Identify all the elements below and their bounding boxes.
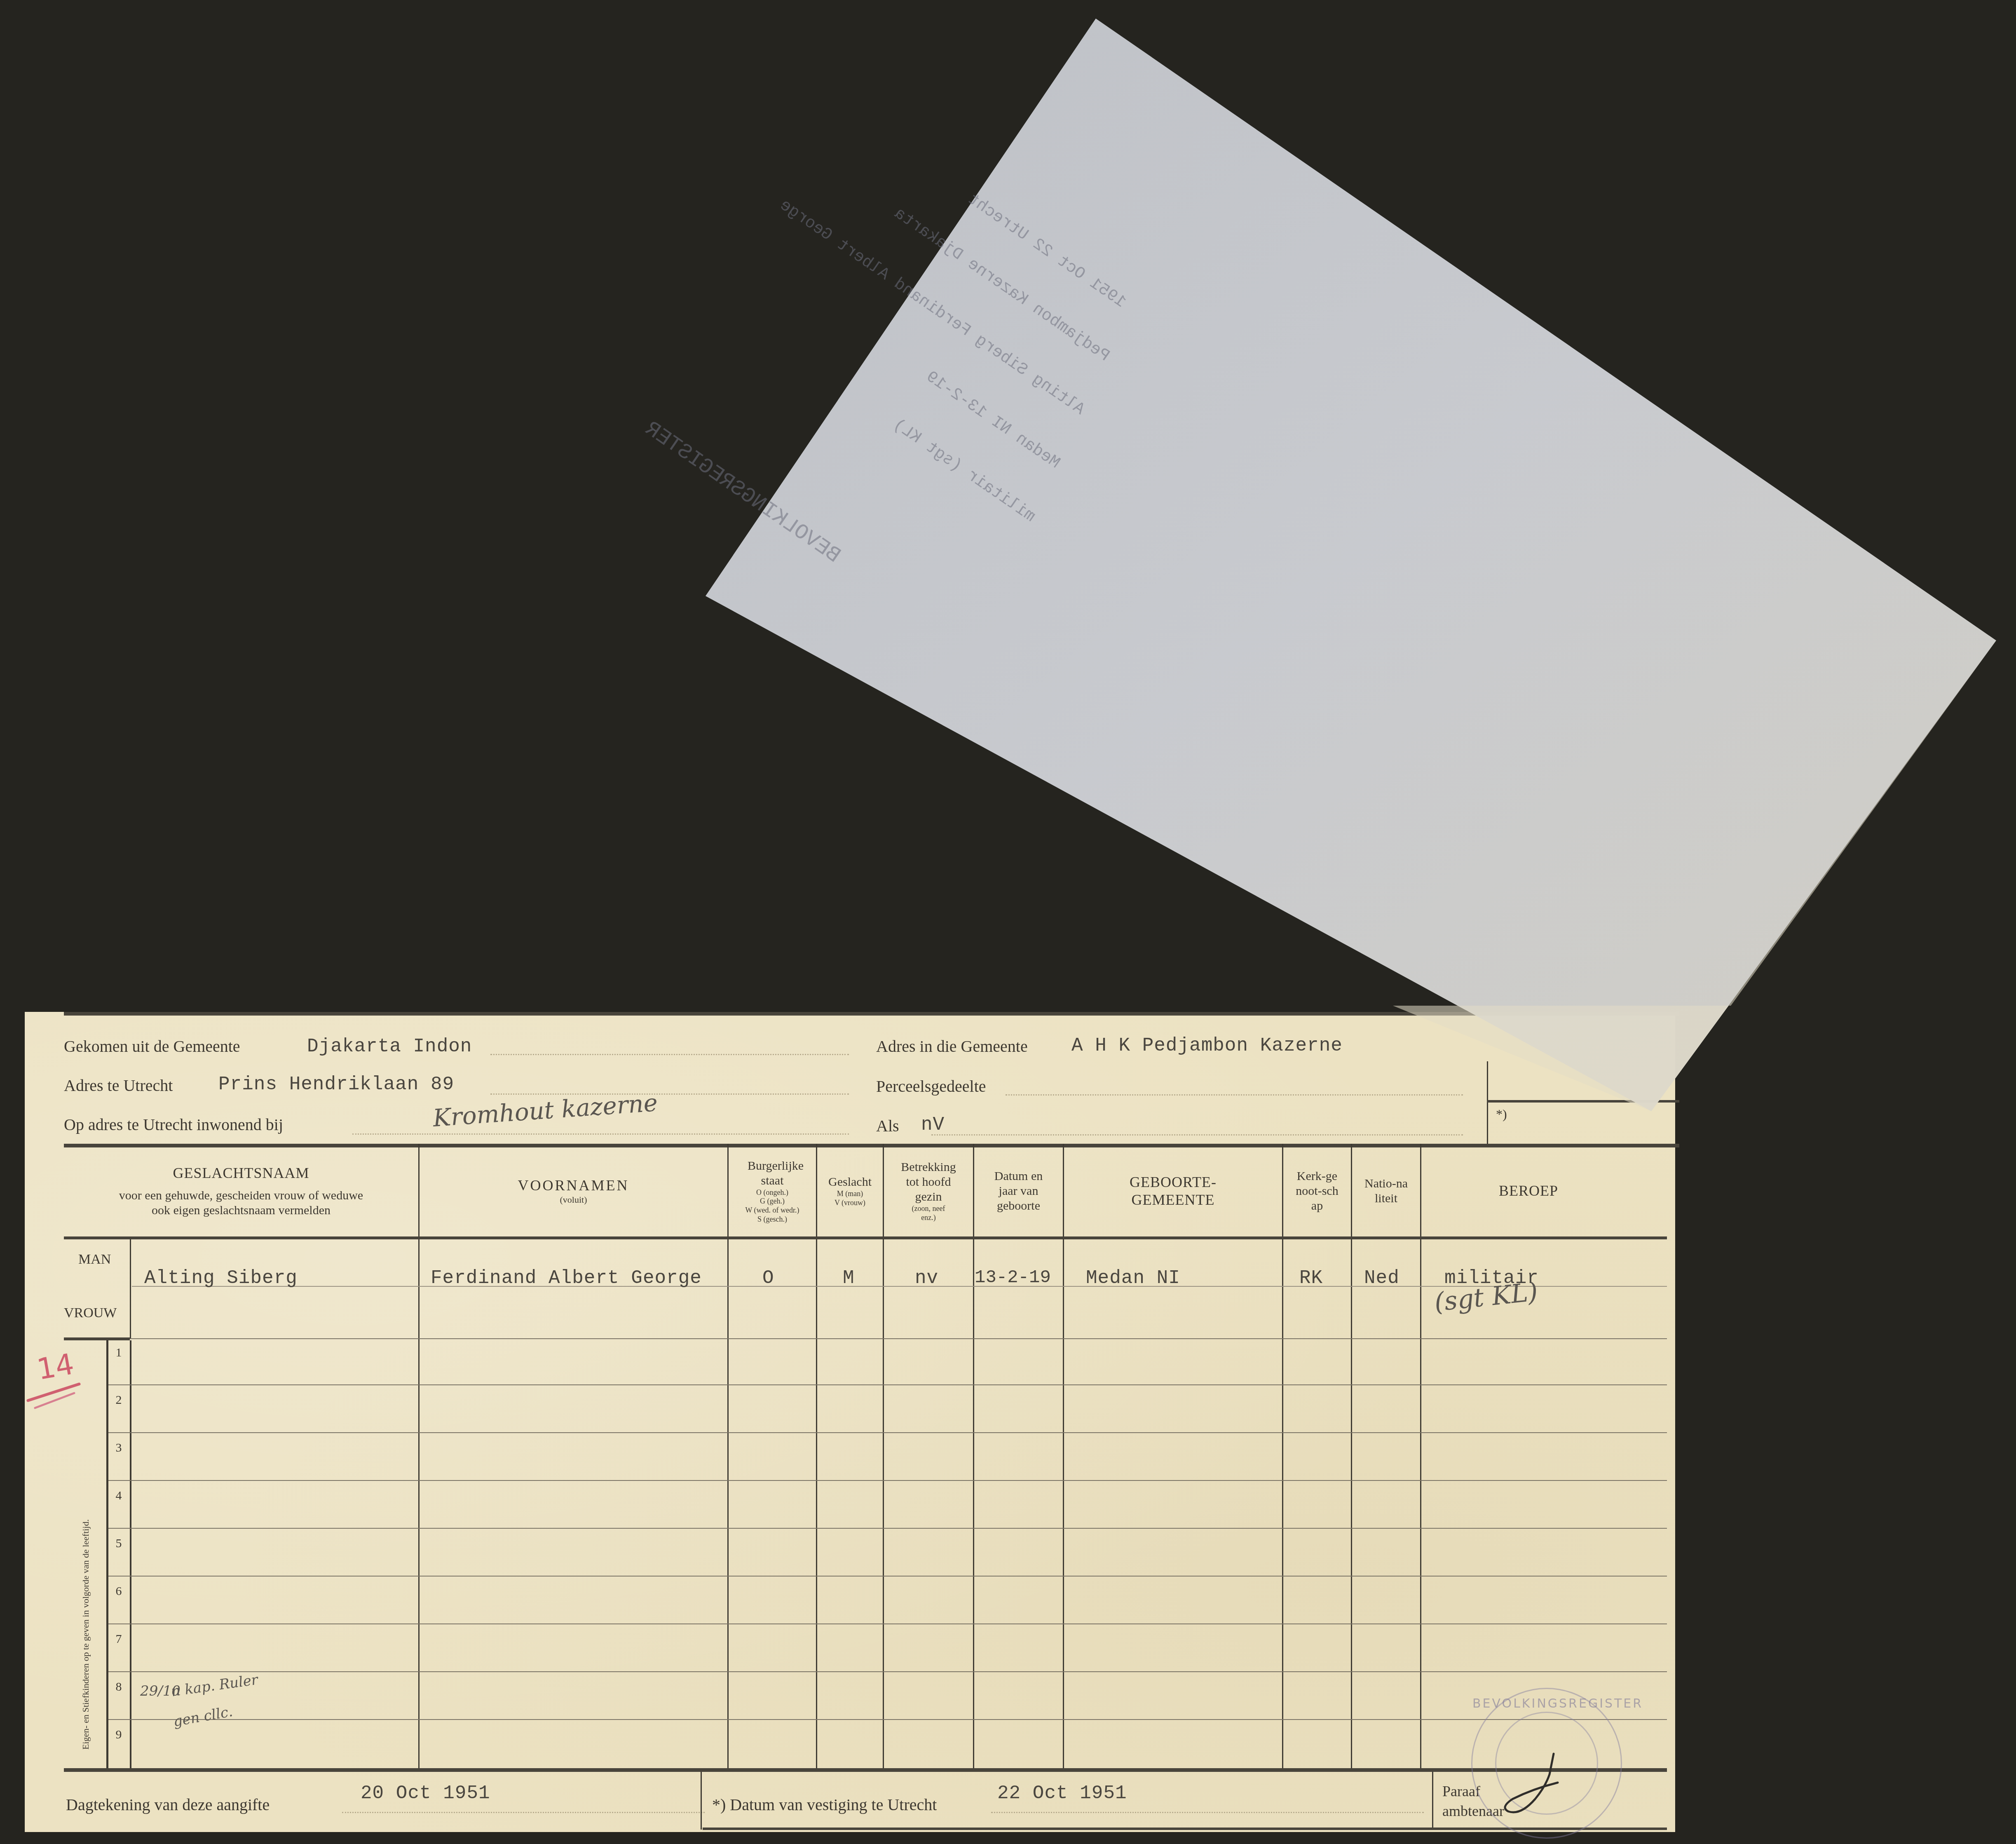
vestiging-value[interactable]: 22 Oct 1951 — [997, 1783, 1127, 1804]
child-row-line — [108, 1623, 1667, 1624]
header-nationaliteit: Natio-naliteit — [1352, 1148, 1420, 1234]
box-mid-rule — [1487, 1100, 1679, 1103]
inwonend-label: Op adres te Utrecht inwonend bij — [64, 1115, 283, 1134]
cell-voornamen[interactable]: Ferdinand Albert George — [431, 1267, 702, 1289]
header-betrekking: Betrekking tot hoofd gezin (zoon, neef e… — [884, 1148, 973, 1234]
gekomen-dotted-line — [490, 1054, 849, 1055]
adres-dotted-line — [490, 1093, 849, 1095]
child-row-line — [108, 1576, 1667, 1577]
table-bottom-rule — [64, 1768, 1667, 1772]
child-row-line — [108, 1528, 1667, 1529]
child-row-3-num: 3 — [106, 1441, 131, 1455]
vrouw-label: VROUW — [64, 1305, 117, 1321]
child-row-1-num: 1 — [106, 1346, 131, 1360]
child-row-7-num: 7 — [106, 1632, 131, 1646]
cell-geboortegemeente[interactable]: Medan NI — [1086, 1267, 1180, 1289]
adres-utrecht-label: Adres te Utrecht — [64, 1076, 173, 1095]
row8-note-text: n kap. Ruler — [170, 1671, 259, 1700]
gekomen-value[interactable]: Djakarta Indon — [307, 1036, 472, 1057]
vestiging-dotted-line — [991, 1812, 1424, 1813]
box-divider — [1487, 1061, 1488, 1145]
cell-kerkgenootschap[interactable]: RK — [1299, 1267, 1323, 1289]
child-row-6-num: 6 — [106, 1584, 131, 1598]
inwonend-handwritten-value[interactable]: Kromhout kazerne — [432, 1089, 659, 1132]
child-row-line — [108, 1384, 1667, 1385]
adres-gemeente-value[interactable]: A H K Pedjambon Kazerne — [1071, 1035, 1343, 1056]
child-row-9-num: 9 — [106, 1728, 131, 1742]
registration-card: Gekomen uit de Gemeente Djakarta Indon A… — [25, 1012, 1675, 1832]
header-geslacht: Geslacht M (man) V (vrouw) — [817, 1148, 883, 1234]
footer-divider-1 — [701, 1772, 702, 1830]
adres-gemeente-label: Adres in die Gemeente — [876, 1037, 1028, 1056]
footer-divider-2 — [1432, 1772, 1433, 1830]
als-value[interactable]: nV — [921, 1114, 945, 1135]
perceel-label: Perceelsgedeelte — [876, 1077, 986, 1096]
official-signature-icon — [1496, 1750, 1578, 1832]
child-row-4-num: 4 — [106, 1489, 131, 1503]
child-row-line — [108, 1480, 1667, 1481]
man-label: MAN — [78, 1252, 111, 1267]
header-geboortegemeente: GEBOORTE-GEMEENTE — [1064, 1148, 1282, 1234]
table-top-rule — [64, 1144, 1679, 1147]
header-beroep: BEROEP — [1421, 1148, 1636, 1234]
man-row-bottom-rule-left — [64, 1337, 130, 1340]
header-burgerlijke-staat: Burgerlijke staat O (ongeh.) G (geh.) W … — [729, 1148, 816, 1234]
man-row-bottom-rule — [130, 1338, 1667, 1339]
header-geboortedatum: Datum en jaar van geboorte — [974, 1148, 1063, 1234]
als-dotted-line — [931, 1134, 1463, 1135]
cell-geslachtsnaam[interactable]: Alting Siberg — [144, 1267, 298, 1289]
dagtekening-dotted-line — [342, 1812, 705, 1813]
header-geslachtsnaam: GESLACHTSNAAM voor een gehuwde, gescheid… — [64, 1148, 418, 1234]
cell-geboortedatum[interactable]: 13-2-19 — [975, 1267, 1051, 1288]
vestiging-label: *) Datum van vestiging te Utrecht — [712, 1795, 937, 1814]
red-double-strike-icon — [25, 1381, 82, 1410]
cell-burgerlijke-staat[interactable]: O — [762, 1267, 774, 1289]
children-side-label: Eigen- en Stiefkinderen op te geven in v… — [80, 1519, 91, 1750]
top-rule — [64, 1012, 1679, 1016]
child-row-line — [108, 1719, 1667, 1720]
dagtekening-value[interactable]: 20 Oct 1951 — [361, 1783, 490, 1804]
child-row-line — [108, 1432, 1667, 1433]
box-note: *) — [1496, 1107, 1507, 1122]
cell-nationaliteit[interactable]: Ned — [1364, 1267, 1399, 1289]
perceel-dotted-line — [1006, 1094, 1463, 1096]
child-row-5-num: 5 — [106, 1537, 131, 1551]
child-row-line — [108, 1671, 1667, 1672]
header-bottom-rule — [64, 1236, 1667, 1239]
gekomen-label: Gekomen uit de Gemeente — [64, 1037, 240, 1056]
header-voornamen: VOORNAMEN (voluit) — [420, 1148, 727, 1234]
header-kerkgenootschap: Kerk-genoot-schap — [1283, 1148, 1351, 1234]
child-row-8-num: 8 — [106, 1680, 131, 1694]
cell-geslacht[interactable]: M — [843, 1267, 855, 1289]
man-vrouw-divider — [130, 1239, 131, 1338]
als-label: Als — [876, 1116, 899, 1135]
row8-note-text2: gen cllc. — [172, 1703, 234, 1730]
inwonend-dotted-line — [352, 1133, 849, 1135]
adres-utrecht-value[interactable]: Prins Hendriklaan 89 — [218, 1074, 454, 1095]
cell-betrekking[interactable]: nv — [915, 1267, 938, 1289]
dagtekening-label: Dagtekening van deze aangifte — [66, 1795, 270, 1814]
child-row-2-num: 2 — [106, 1393, 131, 1407]
